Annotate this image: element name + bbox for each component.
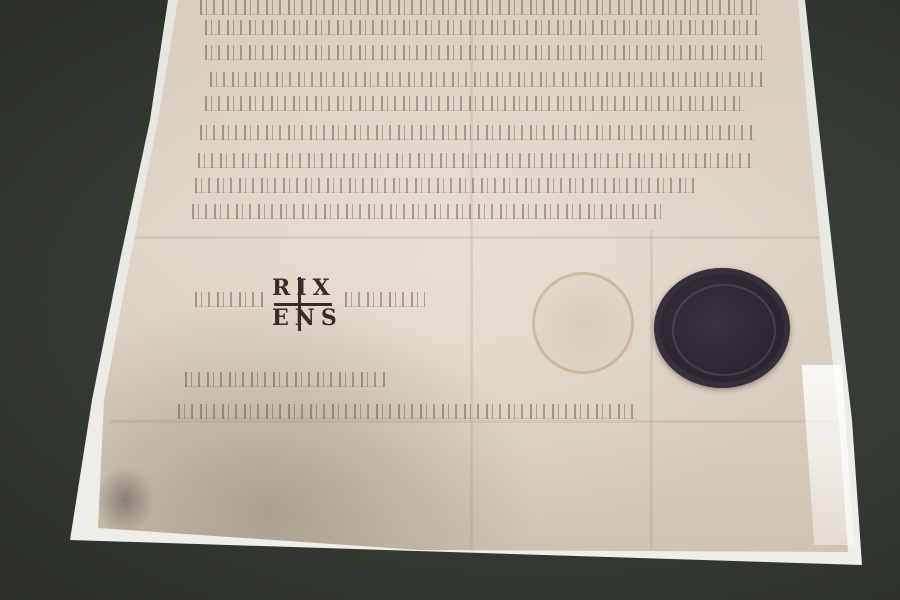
shadow xyxy=(95,465,155,535)
script-line xyxy=(205,45,765,60)
script-line xyxy=(205,20,760,35)
wax-seal xyxy=(654,268,790,388)
signum-line xyxy=(195,292,265,307)
script-line xyxy=(200,0,760,15)
script-line xyxy=(192,204,662,219)
monogram-bottom: ENS xyxy=(272,305,343,331)
script-line xyxy=(210,72,765,87)
signum-line xyxy=(345,292,425,307)
royal-monogram: RIX ENS xyxy=(268,275,340,335)
script-line xyxy=(205,96,745,111)
fold-line xyxy=(110,420,840,423)
fold-line xyxy=(650,230,653,550)
monogram-top: RIX xyxy=(272,275,336,301)
photo-scene: RIX ENS xyxy=(0,0,900,600)
script-line xyxy=(200,125,755,140)
script-line xyxy=(195,178,695,193)
fold-line xyxy=(130,236,830,239)
dating-line xyxy=(178,404,638,419)
parchment-document: RIX ENS xyxy=(0,0,900,600)
faded-seal-impression xyxy=(532,272,634,374)
recognition-line xyxy=(185,372,385,387)
script-line xyxy=(198,153,753,168)
